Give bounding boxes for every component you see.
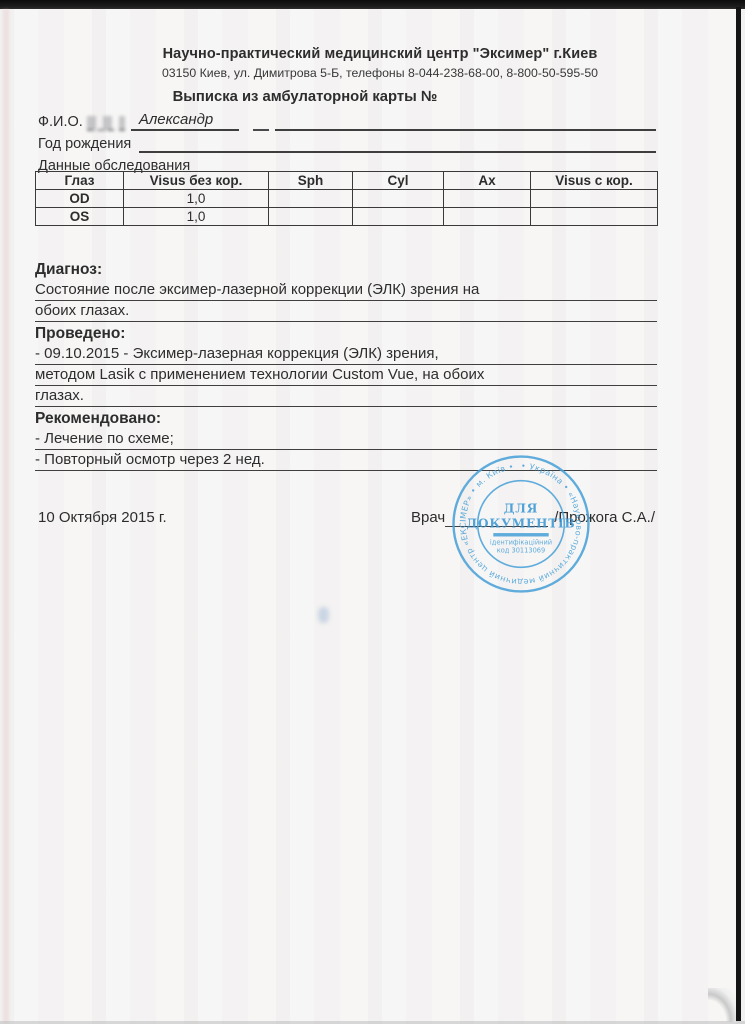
document-title: Выписка из амбулаторной карты № [35, 89, 575, 105]
ink-smudge [318, 607, 329, 623]
col-header-visus-with: Visus с кор. [531, 172, 658, 190]
doctor-label: Врач [411, 509, 445, 527]
col-header-sph: Sph [269, 172, 353, 190]
cell-od-visus-with [531, 190, 658, 208]
col-header-visus-without: Visus без кор. [124, 172, 269, 190]
col-header-cyl: Cyl [353, 172, 444, 190]
clinic-stamp: • Україна • «Науково-практичний медичний… [448, 451, 594, 597]
birth-year-blank-line [139, 151, 656, 153]
table-row-os: OS 1,0 [36, 208, 658, 226]
patient-first-name: Александр [131, 111, 239, 131]
visus-table: Глаз Visus без кор. Sph Cyl Ax Visus с к… [35, 171, 658, 226]
cell-os-cyl [353, 208, 444, 226]
col-header-eye: Глаз [36, 172, 124, 190]
recommended-line: - Лечение по схеме; [35, 429, 657, 450]
stamp-center-line2: ДОКУМЕНТІВ [467, 517, 576, 531]
cell-os-eye: OS [36, 208, 124, 226]
performed-line: методом Lasik с применением технологии C… [35, 365, 657, 386]
cell-od-visus-without: 1,0 [124, 190, 269, 208]
dash-mark [253, 129, 269, 131]
col-header-ax: Ax [444, 172, 531, 190]
cell-os-visus-with [531, 208, 658, 226]
scan-top-edge [0, 0, 745, 9]
cell-od-ax [444, 190, 531, 208]
report-sections: Диагноз: Состояние после эксимер-лазерно… [35, 258, 657, 471]
clinic-address: 03150 Киев, ул. Димитрова 5-Б, телефоны … [70, 66, 690, 80]
diagnosis-title: Диагноз: [35, 258, 657, 280]
scanned-document-page: Научно-практический медицинский центр "Э… [0, 0, 745, 1024]
birth-year-label: Год рождения [38, 136, 131, 153]
cell-od-cyl [353, 190, 444, 208]
cell-os-sph [269, 208, 353, 226]
clinic-name: Научно-практический медицинский центр "Э… [70, 46, 690, 62]
cell-os-visus-without: 1,0 [124, 208, 269, 226]
cell-os-ax [444, 208, 531, 226]
performed-title: Проведено: [35, 322, 657, 344]
fio-label: Ф.И.О. [38, 114, 83, 131]
page-curl [708, 988, 736, 1022]
stamp-center-line1: ДЛЯ [504, 501, 539, 515]
stamp-sub-line2: код 30113069 [497, 547, 545, 555]
diagnosis-line: обоих глазах. [35, 301, 657, 322]
table-row-od: OD 1,0 [36, 190, 658, 208]
scan-right-edge [736, 7, 741, 1021]
stamp-divider-bar [493, 533, 548, 536]
scan-left-streak [3, 9, 9, 1024]
recommended-title: Рекомендовано: [35, 407, 657, 429]
performed-line: глазах. [35, 386, 657, 407]
diagnosis-line: Состояние после эксимер-лазерной коррекц… [35, 280, 657, 301]
performed-line: - 09.10.2015 - Эксимер-лазерная коррекци… [35, 344, 657, 365]
cell-od-sph [269, 190, 353, 208]
cell-od-eye: OD [36, 190, 124, 208]
redacted-surname [87, 116, 125, 131]
birth-year-row: Год рождения [38, 133, 656, 153]
stamp-sub-line1: ідентифікаційний [490, 539, 552, 547]
issue-date: 10 Октября 2015 г. [38, 509, 167, 526]
fio-row: Ф.И.О. Александр [38, 111, 656, 131]
table-header-row: Глаз Visus без кор. Sph Cyl Ax Visus с к… [36, 172, 658, 190]
fio-blank-line [275, 129, 656, 131]
